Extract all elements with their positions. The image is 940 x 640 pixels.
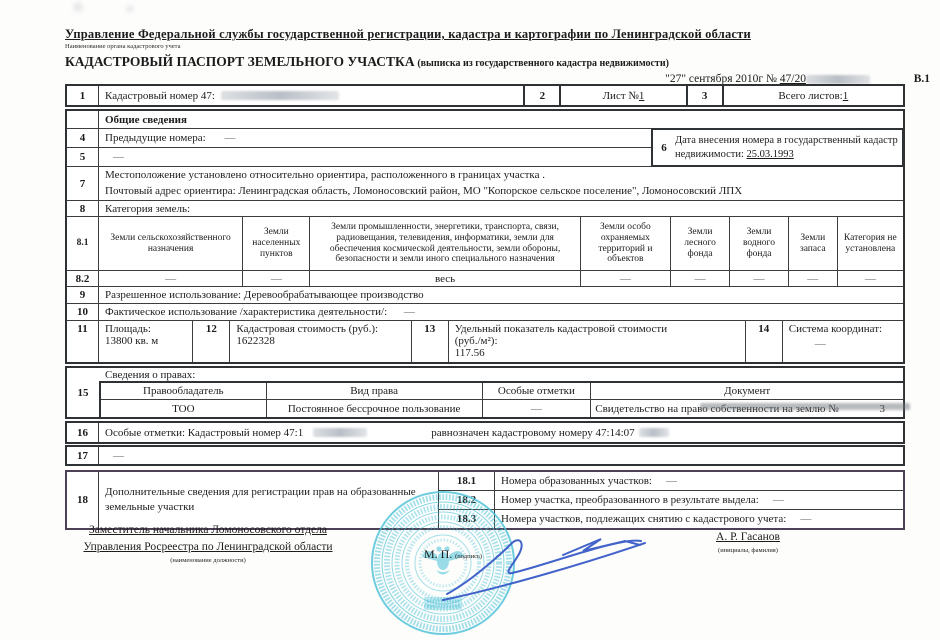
row8-num: 8	[67, 201, 99, 216]
category-col-settlements: Земли населенных пунктов	[243, 217, 310, 270]
rights-header-holder: Правообладатель	[101, 383, 267, 399]
scan-artifact	[73, 2, 83, 12]
row4-num: 4	[67, 129, 99, 147]
org-caption: Наименование органа кадастрового учета	[65, 43, 930, 50]
previous-numbers-label: Предыдущие номера:	[105, 132, 206, 144]
redacted-smudge	[221, 91, 339, 100]
category-value: —	[838, 271, 903, 286]
block-rights: 15 Сведения о правах: Правообладатель Ви…	[65, 366, 905, 419]
location-line1: Местоположение установлено относительно …	[105, 168, 742, 184]
signer-name: А. Р. Гасанов	[688, 531, 808, 543]
redacted-smudge	[313, 428, 367, 437]
signer-name-caption: (инициалы, фамилия)	[688, 547, 808, 554]
row10-num: 10	[67, 304, 99, 320]
previous-numbers-value: —	[224, 132, 235, 144]
cadastral-passport-page: Управление Федеральной службы государств…	[0, 0, 940, 640]
row15-num: 15	[67, 368, 99, 417]
document-body: 1 Кадастровый номер 47: 2 Лист № 1 3 Все…	[65, 84, 905, 532]
row18-2-value: —	[773, 494, 784, 506]
sheet-value: 1	[639, 90, 645, 102]
row18-1-label: Номера образованных участков:	[501, 475, 652, 487]
category-values-row: 8.2 — — весь — — — — —	[67, 270, 903, 286]
redacted-smudge	[806, 75, 870, 84]
general-title: Общие сведения	[99, 113, 193, 127]
form-code: В.1	[914, 73, 930, 85]
area-value: 13800 кв. м	[105, 335, 186, 347]
signer-position-line2: Управления Росреестра по Ленинградской о…	[83, 541, 332, 553]
row5-num: 5	[67, 148, 99, 166]
row14-num: 14	[745, 321, 783, 362]
row17-num: 17	[67, 447, 99, 464]
category-value-whole: весь	[310, 271, 580, 286]
coordinate-system-label: Система координат:	[789, 323, 897, 335]
row1-num2: 2	[523, 86, 561, 105]
permitted-use-text: Разрешенное использование: Деревообрабат…	[99, 288, 430, 302]
category-value: —	[243, 271, 310, 286]
location-cell: Местоположение установлено относительно …	[99, 167, 748, 201]
actual-use-value: —	[404, 306, 415, 318]
special-notes-part1: Особые отметки: Кадастровый номер 47:1	[105, 427, 303, 439]
cadastral-number-label: Кадастровый номер 47:	[105, 90, 215, 102]
rights-notes-value: —	[483, 400, 592, 417]
category-col-agricultural: Земли сельскохозяйственного назначения	[99, 217, 243, 270]
category-value: —	[581, 271, 671, 286]
block-row17: 17 —	[65, 445, 905, 466]
block-general: Общие сведения 4 Предыдущие номера: — 5 …	[65, 109, 905, 364]
row9-num: 9	[67, 287, 99, 303]
row18-3-value: —	[800, 513, 811, 525]
cadastral-value-cell: Кадастровая стоимость (руб.): 1622328	[230, 321, 410, 362]
row1-num: 1	[67, 86, 99, 105]
block-row16: 16 Особые отметки: Кадастровый номер 47:…	[65, 421, 905, 444]
rights-caption: Сведения о правах:	[99, 368, 903, 381]
rows-4-5-6: 4 Предыдущие номера: — 5 — 6 Дата внес	[67, 128, 903, 166]
specific-value-label: Удельный показатель кадастровой стоимост…	[455, 323, 739, 335]
row18-2-label: Номер участка, преобразованного в резуль…	[501, 494, 759, 506]
row6-text: Дата внесения номера в государственный к…	[675, 134, 902, 160]
signer-position: Заместитель начальника Ломоносовского от…	[62, 522, 354, 557]
specific-value-value: 117.56	[455, 347, 739, 359]
actual-use-label: Фактическое использование /характеристик…	[105, 306, 387, 318]
signer-position-caption: (наименование должности)	[62, 557, 354, 564]
category-col-reserve: Земли запаса	[789, 217, 838, 270]
category-col-forest: Земли лесного фонда	[671, 217, 730, 270]
row8-2-num: 8.2	[67, 271, 99, 286]
document-title: КАДАСТРОВЫЙ ПАСПОРТ ЗЕМЕЛЬНОГО УЧАСТКА	[65, 54, 415, 69]
land-category-label: Категория земель:	[99, 202, 196, 216]
row11-num: 11	[67, 321, 99, 362]
metrics-row: 11 Площадь: 13800 кв. м 12 Кадастровая с…	[67, 320, 903, 362]
category-col-industry: Земли промышленности, энергетики, трансп…	[310, 217, 580, 270]
row18-1: 18.1 Номера образованных участков: —	[439, 472, 903, 490]
rights-table: Правообладатель Вид права Особые отметки…	[99, 381, 904, 417]
org-name: Управление Федеральной службы государств…	[65, 27, 930, 42]
rights-header-notes: Особые отметки	[483, 383, 592, 399]
rights-header-document: Документ	[591, 383, 904, 399]
row8-1-num: 8.1	[67, 217, 99, 270]
signer-position-line1: Заместитель начальника Ломоносовского от…	[89, 524, 327, 536]
row12-num: 12	[192, 321, 230, 362]
total-sheets-value: 1	[843, 90, 849, 102]
category-header-row: 8.1 Земли сельскохозяйственного назначен…	[67, 216, 903, 270]
scan-artifact	[126, 5, 134, 13]
specific-value-label2: (руб./м²):	[455, 335, 739, 347]
total-sheets-label: Всего листов:	[778, 90, 842, 102]
sheet-cell: Лист № 1	[561, 89, 685, 103]
category-col-water: Земли водного фонда	[730, 217, 789, 270]
row16-num: 16	[67, 423, 99, 442]
cadastral-number-cell: Кадастровый номер 47:	[99, 89, 523, 103]
coordinate-system-cell: Система координат: —	[783, 321, 903, 362]
row18-1-num: 18.1	[439, 472, 495, 490]
rights-type-value: Постоянное бессрочное пользование	[267, 400, 483, 417]
category-value: —	[730, 271, 789, 286]
location-line2: Почтовый адрес ориентира: Ленинградская …	[105, 184, 742, 200]
row18-3-label: Номера участков, подлежащих снятию с кад…	[501, 513, 786, 525]
sheet-label: Лист №	[603, 90, 639, 102]
signer-name-text: А. Р. Гасанов	[716, 531, 780, 543]
box-row6: 6 Дата внесения номера в государственный…	[651, 128, 904, 167]
document-title-line: КАДАСТРОВЫЙ ПАСПОРТ ЗЕМЕЛЬНОГО УЧАСТКА (…	[65, 54, 930, 70]
row4-label: Предыдущие номера: —	[99, 131, 241, 145]
total-sheets-cell: Всего листов: 1	[724, 89, 903, 103]
rights-holder-value: ТОО	[101, 400, 267, 417]
cadastral-value-label: Кадастровая стоимость (руб.):	[236, 323, 404, 335]
cadastral-value-value: 1622328	[236, 335, 404, 347]
category-col-not-set: Категория не установлена	[838, 217, 903, 270]
row18-1-value: —	[666, 475, 677, 487]
rights-header-type: Вид права	[267, 383, 483, 399]
coordinate-system-value: —	[815, 338, 897, 350]
general-num-empty	[67, 111, 99, 128]
row13-num: 13	[411, 321, 449, 362]
redaction-bar	[700, 403, 910, 410]
area-cell: Площадь: 13800 кв. м	[99, 321, 192, 362]
specific-value-cell: Удельный показатель кадастровой стоимост…	[449, 321, 745, 362]
block-row1: 1 Кадастровый номер 47: 2 Лист № 1 3 Все…	[65, 84, 905, 107]
date-entered-value: 25.03.1993	[747, 149, 794, 160]
category-value: —	[99, 271, 243, 286]
row1-num3: 3	[686, 86, 724, 105]
special-notes-part2: равнозначен кадастровому номеру 47:14:07	[431, 427, 634, 439]
handwritten-signature	[435, 528, 650, 608]
category-value: —	[789, 271, 838, 286]
row18-num: 18	[67, 472, 99, 528]
row5-value: —	[107, 150, 130, 164]
row17-value: —	[107, 449, 130, 463]
special-notes-cell: Особые отметки: Кадастровый номер 47:1 р…	[99, 426, 675, 440]
row6-num: 6	[653, 142, 675, 154]
document-header: Управление Федеральной службы государств…	[65, 27, 930, 88]
category-value: —	[671, 271, 730, 286]
actual-use-cell: Фактическое использование /характеристик…	[99, 305, 421, 319]
redacted-smudge	[639, 428, 669, 437]
category-col-protected: Земли особо охраняемых территорий и объе…	[581, 217, 671, 270]
document-subtitle: (выписка из государственного кадастра не…	[417, 58, 669, 69]
row7-num: 7	[67, 167, 99, 200]
area-label: Площадь:	[105, 323, 186, 335]
